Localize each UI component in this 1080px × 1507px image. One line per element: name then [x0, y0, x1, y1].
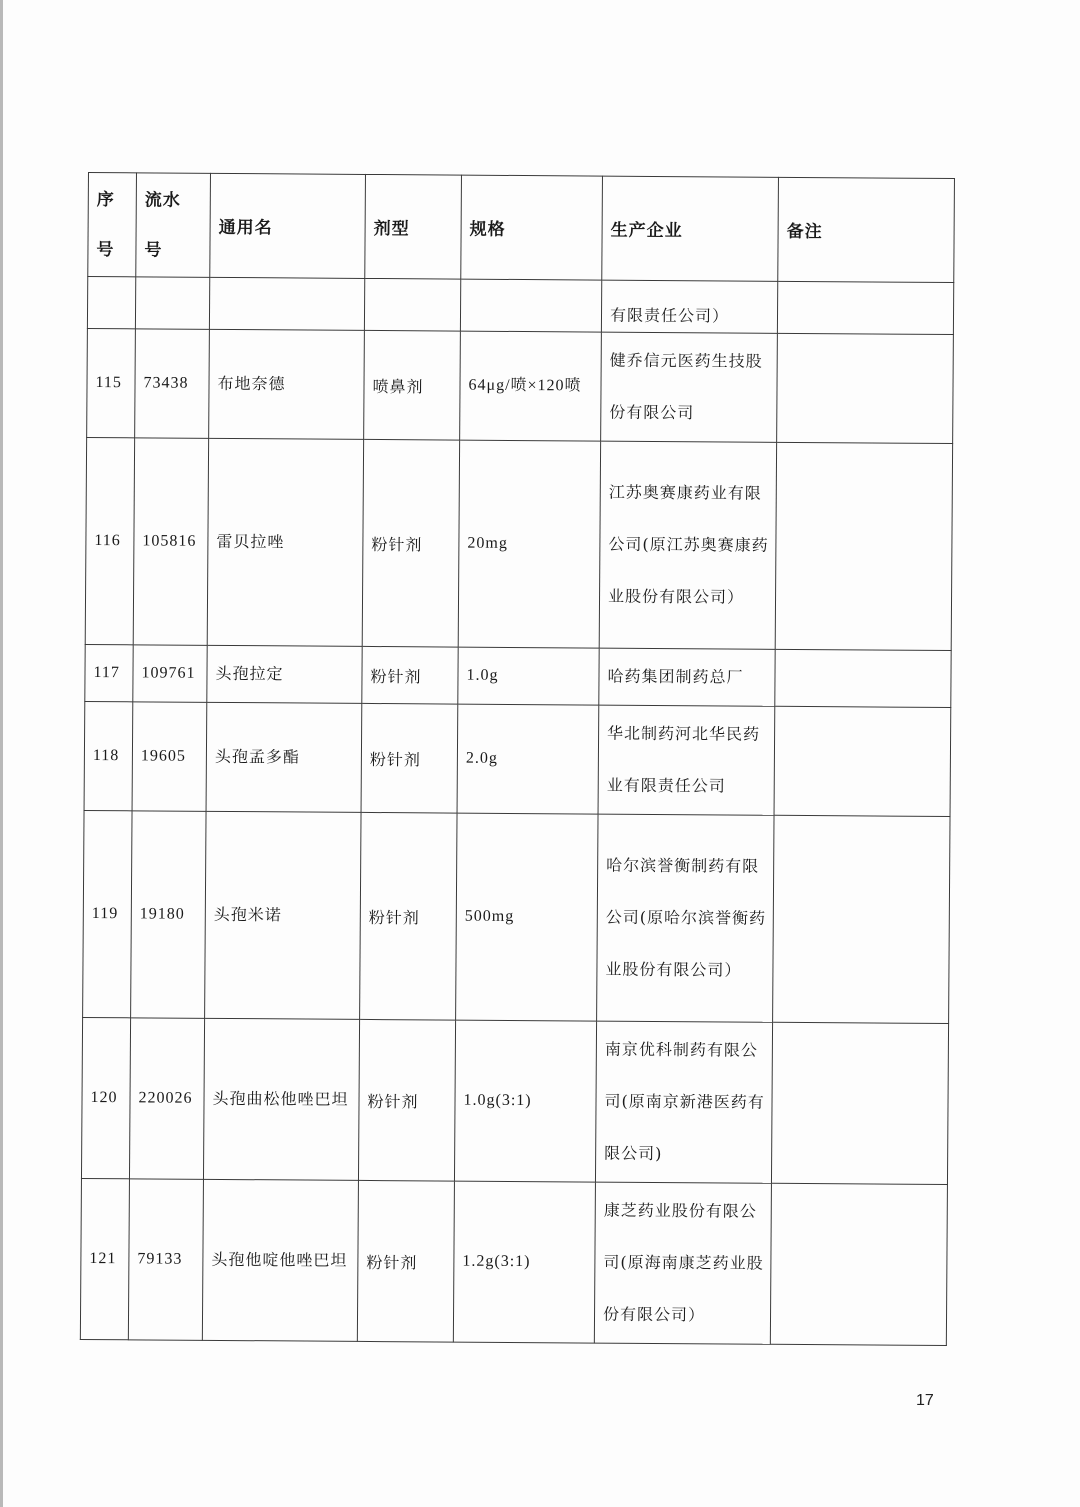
cell-generic-name: 头孢拉定	[207, 645, 362, 703]
cell-remarks	[774, 706, 951, 816]
page-number: 17	[916, 1392, 934, 1410]
cell-generic-name: 雷贝拉唑	[207, 438, 363, 646]
cell-generic-name: 头孢孟多酯	[206, 702, 362, 812]
cell-seq: 119	[83, 810, 132, 1017]
cell-serial: 73438	[135, 329, 210, 439]
cell-remarks	[777, 281, 953, 334]
cell-seq: 116	[85, 437, 134, 644]
table-body: 有限责任公司） 11573438布地奈德喷鼻剂64μg/喷×120喷健乔信元医药…	[80, 277, 953, 1346]
cell-serial: 19605	[132, 702, 207, 812]
cell-dosage-form: 粉针剂	[362, 646, 458, 704]
cell-spec: 1.0g(3:1)	[454, 1020, 596, 1182]
cell-dosage-form: 粉针剂	[362, 439, 459, 647]
table-row: 11573438布地奈德喷鼻剂64μg/喷×120喷健乔信元医药生技股份有限公司	[87, 328, 954, 443]
cell-seq: 121	[80, 1178, 129, 1339]
cell-seq: 115	[87, 328, 136, 437]
cell-remarks	[777, 333, 954, 443]
cell-remarks	[773, 815, 950, 1023]
cell-generic-name: 头孢他啶他唑巴坦	[202, 1179, 358, 1341]
header-dosage-form: 剂型	[365, 174, 462, 279]
cell-spec	[460, 279, 601, 332]
cell-dosage-form: 粉针剂	[358, 1019, 455, 1181]
cell-serial: 105816	[133, 438, 208, 646]
table-row: 11819605头孢孟多酯粉针剂2.0g华北制药河北华民药业有限责任公司	[84, 701, 951, 816]
cell-seq	[87, 277, 135, 329]
drug-table-container: 序 号 流水 号 通用名 剂型 规格 生产企业 备注 有限责任公司） 11573…	[80, 172, 954, 1346]
table-row: 12179133头孢他啶他唑巴坦粉针剂1.2g(3:1)康芝药业股份有限公司(原…	[80, 1178, 947, 1345]
header-spec: 规格	[461, 175, 603, 280]
cell-seq: 117	[85, 644, 133, 701]
cell-remarks	[771, 1022, 948, 1184]
drug-table: 序 号 流水 号 通用名 剂型 规格 生产企业 备注 有限责任公司） 11573…	[80, 172, 955, 1346]
cell-generic-name: 布地奈德	[209, 329, 365, 439]
cell-manufacturer: 南京优科制药有限公司(原南京新港医药有限公司)	[595, 1021, 772, 1183]
cell-manufacturer: 有限责任公司）	[601, 280, 777, 333]
header-seq: 序 号	[88, 173, 137, 277]
cell-spec: 1.0g	[458, 647, 599, 705]
cell-manufacturer: 哈药集团制药总厂	[599, 648, 775, 706]
page-edge	[0, 0, 3, 1507]
cell-serial: 220026	[129, 1018, 204, 1180]
cell-manufacturer: 华北制药河北华民药业有限责任公司	[598, 705, 775, 815]
table-row-continued: 有限责任公司）	[87, 277, 953, 335]
cell-manufacturer: 康芝药业股份有限公司(原海南康芝药业股份有限公司）	[594, 1182, 771, 1344]
header-remarks: 备注	[778, 177, 955, 282]
cell-dosage-form: 粉针剂	[360, 812, 457, 1020]
cell-spec: 1.2g(3:1)	[453, 1181, 595, 1343]
cell-serial: 109761	[133, 645, 207, 703]
cell-dosage-form: 粉针剂	[361, 703, 458, 813]
cell-manufacturer: 哈尔滨誉衡制药有限公司(原哈尔滨誉衡药业股份有限公司）	[597, 814, 774, 1022]
cell-seq: 120	[81, 1017, 130, 1178]
cell-serial: 79133	[128, 1179, 203, 1341]
cell-generic-name: 头孢米诺	[205, 811, 361, 1019]
cell-spec: 20mg	[458, 440, 600, 648]
table-row: 116105816雷贝拉唑粉针剂20mg江苏奥赛康药业有限公司(原江苏奥赛康药业…	[85, 437, 952, 650]
cell-spec: 2.0g	[457, 704, 599, 814]
cell-remarks	[770, 1183, 947, 1345]
cell-dosage-form: 喷鼻剂	[364, 330, 461, 440]
cell-seq: 118	[84, 701, 133, 810]
table-row: 117109761头孢拉定粉针剂1.0g哈药集团制药总厂	[85, 644, 951, 707]
cell-generic-name: 头孢曲松他唑巴坦	[203, 1018, 359, 1180]
cell-manufacturer: 江苏奥赛康药业有限公司(原江苏奥赛康药业股份有限公司）	[599, 441, 776, 649]
cell-dosage-form: 粉针剂	[357, 1180, 454, 1342]
header-manufacturer: 生产企业	[602, 176, 779, 281]
cell-remarks	[775, 649, 951, 707]
cell-dosage-form	[364, 278, 460, 331]
cell-spec: 64μg/喷×120喷	[460, 331, 602, 441]
cell-serial	[135, 277, 209, 330]
table-row: 11919180头孢米诺粉针剂500mg哈尔滨誉衡制药有限公司(原哈尔滨誉衡药业…	[83, 810, 950, 1023]
header-serial: 流水 号	[136, 173, 211, 278]
cell-manufacturer: 健乔信元医药生技股份有限公司	[601, 332, 778, 442]
table-header-row: 序 号 流水 号 通用名 剂型 规格 生产企业 备注	[88, 173, 955, 283]
table-row: 120220026头孢曲松他唑巴坦粉针剂1.0g(3:1)南京优科制药有限公司(…	[81, 1017, 948, 1184]
header-generic-name: 通用名	[210, 173, 366, 278]
cell-generic-name	[209, 277, 364, 330]
cell-serial: 19180	[131, 811, 206, 1019]
cell-remarks	[775, 442, 952, 650]
cell-spec: 500mg	[456, 813, 598, 1021]
